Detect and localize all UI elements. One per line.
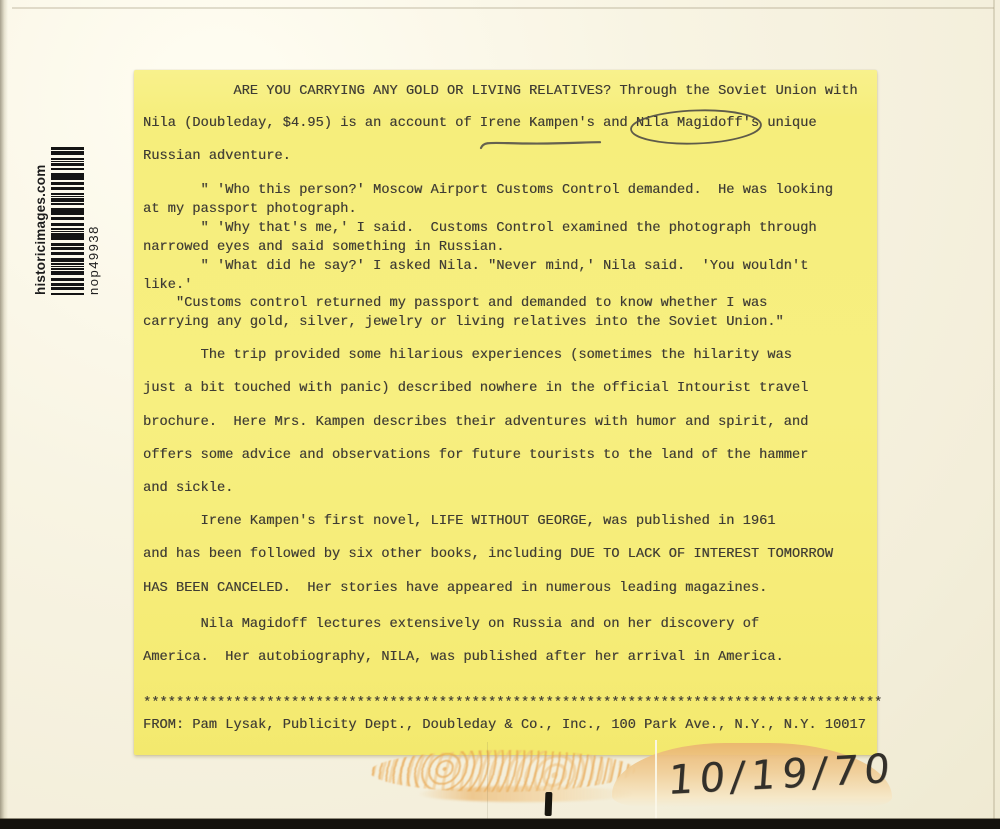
photo-edge-bottom [0,819,1000,829]
footer-block: ****************************************… [143,693,877,736]
typed-line: and sickle. [143,472,877,505]
typed-line: Nila (Doubleday, $4.95) is an account of… [143,108,877,140]
typed-line: ARE YOU CARRYING ANY GOLD OR LIVING RELA… [143,76,877,108]
typed-line: carrying any gold, silver, jewelry or li… [143,314,877,333]
watermark-barcode-block: historicimages.com nop49938 [33,145,113,295]
typed-line: Irene Kampen's first novel, LIFE WITHOUT… [143,505,877,538]
photo-edge-right [993,0,995,829]
typed-line: HAS BEEN CANCELED. Her stories have appe… [143,572,877,605]
press-release-page: ARE YOU CARRYING ANY GOLD OR LIVING RELA… [134,70,877,755]
crop-mark [545,792,553,816]
separator-line: ****************************************… [143,693,877,715]
typed-line: " 'What did he say?' I asked Nila. "Neve… [143,258,877,277]
watermark-catalog-id: nop49938 [86,145,101,295]
typed-line: Russian adventure. [143,141,877,173]
dialogue-paragraph: " 'Who this person?' Moscow Airport Cust… [143,182,877,333]
from-line: FROM: Pam Lysak, Publicity Dept., Double… [143,715,877,737]
paper-crease [487,742,488,822]
typed-line: brochure. Here Mrs. Kampen describes the… [143,406,877,439]
kampen-bio-paragraph: Irene Kampen's first novel, LIFE WITHOUT… [143,505,877,605]
typed-line: " 'Why that's me,' I said. Customs Contr… [143,220,877,239]
trip-paragraph: The trip provided some hilarious experie… [143,339,877,505]
typed-line: just a bit touched with panic) described… [143,372,877,405]
typed-line: at my passport photograph. [143,201,877,220]
typed-line: and has been followed by six other books… [143,538,877,571]
barcode-icon [51,147,84,295]
magidoff-bio-paragraph: Nila Magidoff lectures extensively on Ru… [143,608,877,675]
typed-line: Nila Magidoff lectures extensively on Ru… [143,608,877,641]
paper-crease [655,740,657,825]
watermark-site-label: historicimages.com [33,145,49,295]
typed-line: The trip provided some hilarious experie… [143,339,877,372]
photo-edge-left [0,0,8,829]
typed-line: America. Her autobiography, NILA, was pu… [143,641,877,674]
typed-line: like.' [143,277,877,296]
photo-edge-top [12,7,994,9]
typed-line: offers some advice and observations for … [143,439,877,472]
typed-line: " 'Who this person?' Moscow Airport Cust… [143,182,877,201]
scanned-press-photo: historicimages.com nop49938 ARE YOU CARR… [0,0,1000,829]
orange-paint-streak [418,786,633,802]
intro-paragraph: ARE YOU CARRYING ANY GOLD OR LIVING RELA… [143,76,877,173]
typed-line: "Customs control returned my passport an… [143,295,877,314]
typed-line: narrowed eyes and said something in Russ… [143,239,877,258]
